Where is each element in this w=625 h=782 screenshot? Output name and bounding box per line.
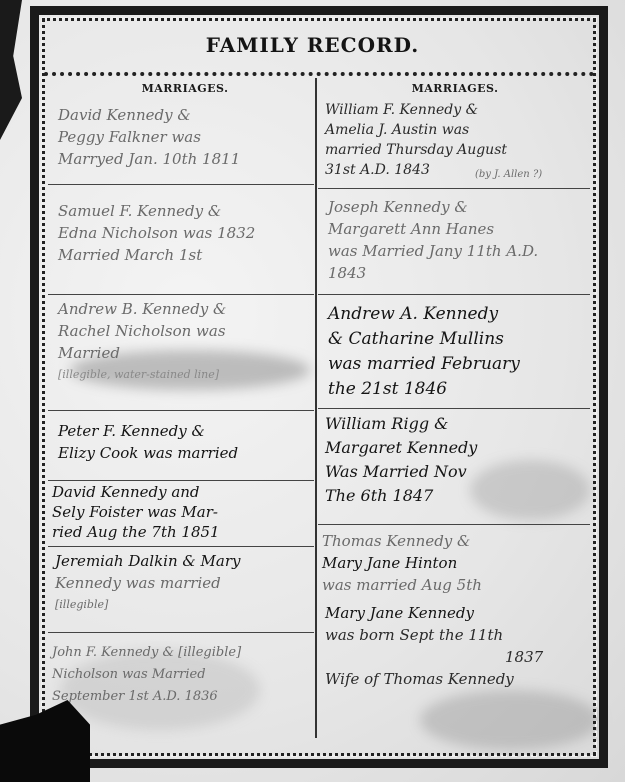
marriage-entry: Peter F. Kennedy & Elizy Cook was marrie…: [58, 420, 238, 464]
row-divider: [318, 408, 590, 409]
marriage-entry: David Kennedy & Peggy Falkner was Marrye…: [58, 104, 240, 170]
row-divider: [48, 546, 314, 547]
row-divider: [48, 184, 314, 185]
title-divider: [44, 72, 594, 76]
marriage-entry: Joseph Kennedy & Margarett Ann Hanes was…: [328, 196, 538, 284]
row-divider: [48, 480, 314, 481]
page-title: FAMILY RECORD.: [0, 33, 625, 57]
row-divider: [48, 410, 314, 411]
document-page: FAMILY RECORD. MARRIAGES. MARRIAGES. Dav…: [0, 0, 625, 782]
row-divider: [318, 294, 590, 295]
torn-corner: [0, 700, 90, 782]
column-divider: [315, 78, 317, 738]
marriage-entry: David Kennedy and Sely Foister was Mar- …: [52, 482, 220, 542]
row-divider: [318, 188, 590, 189]
row-divider: [48, 294, 314, 295]
marriage-entry: Thomas Kennedy & Mary Jane Hinton was ma…: [322, 530, 482, 596]
torn-edge: [0, 0, 22, 140]
marriage-entry: Jeremiah Dalkin & Mary Kennedy was marri…: [55, 550, 240, 616]
left-column-heading: MARRIAGES.: [55, 82, 315, 95]
marriage-entry: Andrew A. Kennedy & Catharine Mullins wa…: [328, 302, 520, 402]
marriage-entry: Samuel F. Kennedy & Edna Nicholson was 1…: [58, 200, 255, 266]
right-column-heading: MARRIAGES.: [325, 82, 585, 95]
marriage-entry: William Rigg & Margaret Kennedy Was Marr…: [325, 412, 477, 508]
row-divider: [48, 632, 314, 633]
marriage-entry: John F. Kennedy & [illegible] Nicholson …: [52, 642, 241, 708]
marriage-entry: Andrew B. Kennedy & Rachel Nicholson was…: [58, 298, 226, 386]
marriage-entry: William F. Kennedy & Amelia J. Austin wa…: [325, 100, 542, 180]
row-divider: [318, 524, 590, 525]
birth-entry: Mary Jane Kennedy was born Sept the 11th…: [325, 602, 543, 690]
